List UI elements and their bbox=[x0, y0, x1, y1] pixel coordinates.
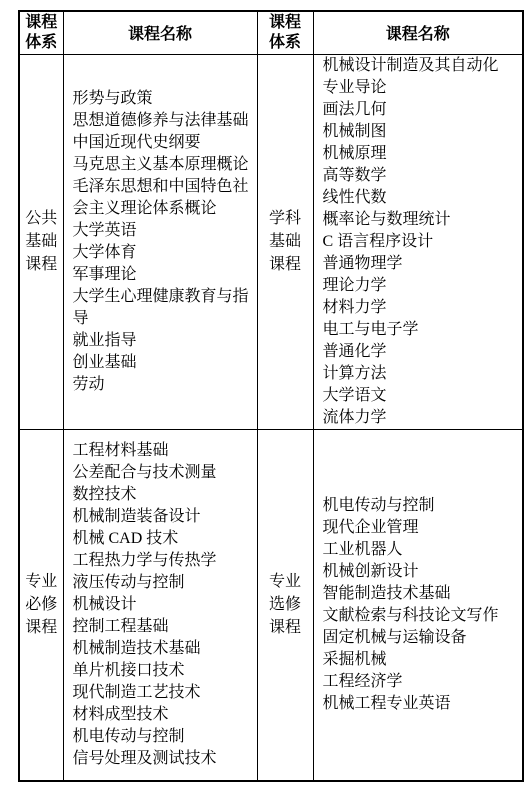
course-item: 机械制图 bbox=[323, 121, 520, 143]
course-item: 军事理论 bbox=[73, 264, 254, 286]
header-course-system-right: 课程体系 bbox=[257, 11, 313, 54]
course-item: 数控技术 bbox=[73, 484, 254, 506]
course-item: 创业基础 bbox=[73, 352, 254, 374]
course-item: 计算方法 bbox=[323, 363, 520, 385]
course-item: 毛泽东思想和中国特色社 bbox=[73, 176, 254, 198]
course-item: 形势与政策 bbox=[73, 88, 254, 110]
course-item: 理论力学 bbox=[323, 275, 520, 297]
course-item: 思想道德修养与法律基础 bbox=[73, 110, 254, 132]
header-course-name-right: 课程名称 bbox=[313, 11, 523, 54]
curriculum-table: 课程体系 课程名称 课程体系 课程名称 公共基础课程 形势与政策思想道德修养与法… bbox=[18, 10, 524, 782]
course-item: 工程材料基础 bbox=[73, 440, 254, 462]
course-item: 大学生心理健康教育与指 bbox=[73, 286, 254, 308]
header-line: 体系 bbox=[258, 33, 313, 53]
course-item: 画法几何 bbox=[323, 99, 520, 121]
course-item: 普通物理学 bbox=[323, 253, 520, 275]
course-item: 控制工程基础 bbox=[73, 616, 254, 638]
course-item: 机电传动与控制 bbox=[323, 495, 520, 517]
course-item: 大学语文 bbox=[323, 385, 520, 407]
course-item: 普通化学 bbox=[323, 341, 520, 363]
table-row-basic: 公共基础课程 形势与政策思想道德修养与法律基础中国近现代史纲要马克思主义基本原理… bbox=[19, 54, 523, 429]
course-item: 材料成型技术 bbox=[73, 704, 254, 726]
course-item: 公差配合与技术测量 bbox=[73, 462, 254, 484]
category-line: 选修 bbox=[258, 593, 313, 616]
course-item: 大学体育 bbox=[73, 242, 254, 264]
course-item: 就业指导 bbox=[73, 330, 254, 352]
course-item: 劳动 bbox=[73, 374, 254, 396]
course-list: 机械设计制造及其自动化专业导论画法几何机械制图机械原理高等数学线性代数概率论与数… bbox=[314, 55, 523, 429]
category-subject-basic: 学科基础课程 bbox=[257, 54, 313, 429]
category-line: 学科 bbox=[258, 207, 313, 230]
course-item: 现代企业管理 bbox=[323, 517, 520, 539]
category-line: 专业 bbox=[20, 570, 63, 593]
course-list: 形势与政策思想道德修养与法律基础中国近现代史纲要马克思主义基本原理概论毛泽东思想… bbox=[64, 88, 257, 396]
courses-professional-required: 工程材料基础公差配合与技术测量数控技术机械制造装备设计机械 CAD 技术工程热力… bbox=[63, 429, 257, 781]
course-item: 电工与电子学 bbox=[323, 319, 520, 341]
course-item: 机械 CAD 技术 bbox=[73, 528, 254, 550]
category-line: 基础 bbox=[20, 230, 63, 253]
category-professional-required: 专业必修课程 bbox=[19, 429, 63, 781]
course-item: 机械工程专业英语 bbox=[323, 693, 520, 715]
course-list: 工程材料基础公差配合与技术测量数控技术机械制造装备设计机械 CAD 技术工程热力… bbox=[64, 440, 257, 770]
header-line: 课程 bbox=[20, 13, 63, 33]
table-header-row: 课程体系 课程名称 课程体系 课程名称 bbox=[19, 11, 523, 54]
courses-professional-elective: 机电传动与控制现代企业管理工业机器人机械创新设计智能制造技术基础文献检索与科技论… bbox=[313, 429, 523, 781]
course-item: 工程经济学 bbox=[323, 671, 520, 693]
category-professional-elective: 专业选修课程 bbox=[257, 429, 313, 781]
course-item: 单片机接口技术 bbox=[73, 660, 254, 682]
course-item: 会主义理论体系概论 bbox=[73, 198, 254, 220]
header-course-system-left: 课程体系 bbox=[19, 11, 63, 54]
course-item: 机械制造装备设计 bbox=[73, 506, 254, 528]
course-item: 智能制造技术基础 bbox=[323, 583, 520, 605]
course-item: 中国近现代史纲要 bbox=[73, 132, 254, 154]
course-item: 文献检索与科技论文写作 bbox=[323, 605, 520, 627]
table-row-professional: 专业必修课程 工程材料基础公差配合与技术测量数控技术机械制造装备设计机械 CAD… bbox=[19, 429, 523, 781]
category-line: 课程 bbox=[20, 253, 63, 276]
course-item: 固定机械与运输设备 bbox=[323, 627, 520, 649]
course-item: 机械制造技术基础 bbox=[73, 638, 254, 660]
courses-public-basic: 形势与政策思想道德修养与法律基础中国近现代史纲要马克思主义基本原理概论毛泽东思想… bbox=[63, 54, 257, 429]
course-item: 机械原理 bbox=[323, 143, 520, 165]
header-line: 课程 bbox=[258, 13, 313, 33]
course-item: 材料力学 bbox=[323, 297, 520, 319]
course-item: 机械设计 bbox=[73, 594, 254, 616]
category-line: 必修 bbox=[20, 593, 63, 616]
course-item: 机械设计制造及其自动化 bbox=[323, 55, 520, 77]
category-line: 专业 bbox=[258, 570, 313, 593]
course-item: 工业机器人 bbox=[323, 539, 520, 561]
category-line: 基础 bbox=[258, 230, 313, 253]
course-item: 现代制造工艺技术 bbox=[73, 682, 254, 704]
course-item: 大学英语 bbox=[73, 220, 254, 242]
course-item: 导 bbox=[73, 308, 254, 330]
course-item: 工程热力学与传热学 bbox=[73, 550, 254, 572]
course-item: 机电传动与控制 bbox=[73, 726, 254, 748]
header-course-name-left: 课程名称 bbox=[63, 11, 257, 54]
category-line: 课程 bbox=[20, 616, 63, 639]
course-item: 采掘机械 bbox=[323, 649, 520, 671]
course-item: 机械创新设计 bbox=[323, 561, 520, 583]
course-list: 机电传动与控制现代企业管理工业机器人机械创新设计智能制造技术基础文献检索与科技论… bbox=[314, 495, 523, 715]
courses-subject-basic: 机械设计制造及其自动化专业导论画法几何机械制图机械原理高等数学线性代数概率论与数… bbox=[313, 54, 523, 429]
category-public-basic: 公共基础课程 bbox=[19, 54, 63, 429]
course-item: 流体力学 bbox=[323, 407, 520, 429]
curriculum-page: 课程体系 课程名称 课程体系 课程名称 公共基础课程 形势与政策思想道德修养与法… bbox=[0, 0, 530, 786]
course-item: 马克思主义基本原理概论 bbox=[73, 154, 254, 176]
course-item: 液压传动与控制 bbox=[73, 572, 254, 594]
category-line: 课程 bbox=[258, 616, 313, 639]
course-item: C 语言程序设计 bbox=[323, 231, 520, 253]
course-item: 信号处理及测试技术 bbox=[73, 748, 254, 770]
course-item: 高等数学 bbox=[323, 165, 520, 187]
course-item: 专业导论 bbox=[323, 77, 520, 99]
header-line: 体系 bbox=[20, 33, 63, 53]
category-line: 公共 bbox=[20, 207, 63, 230]
course-item: 线性代数 bbox=[323, 187, 520, 209]
category-line: 课程 bbox=[258, 253, 313, 276]
course-item: 概率论与数理统计 bbox=[323, 209, 520, 231]
